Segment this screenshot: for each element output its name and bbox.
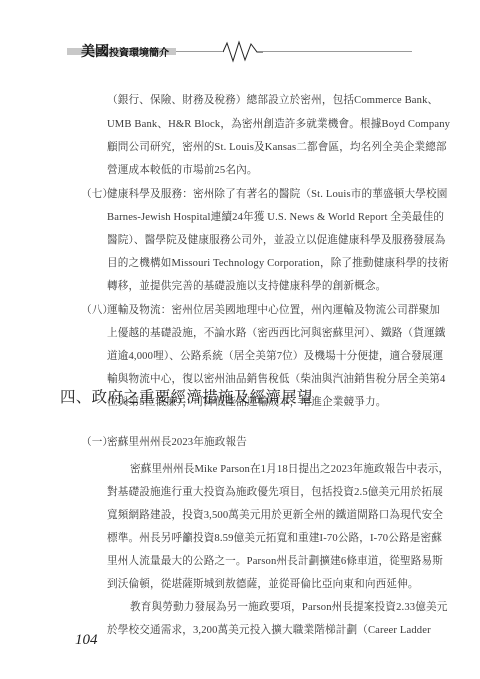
text-line: 於學校交通需求，3,200萬美元投入擴大職業階梯計劃（Career Ladder [107,624,431,638]
text-line: Barnes-Jewish Hospital連續24年獲 U.S. News &… [107,211,444,225]
page-number: 104 [75,632,98,649]
text-line: 到沃倫頓，從堪薩斯城到敖德薩，並從哥倫比亞向東和向西延伸。 [107,578,419,592]
text-line: 顧問公司研究，密州的St. Louis及Kansas二都會區，均名列全美企業總部 [107,141,447,155]
text-line: 對基礎設施進行重大投資為施政優先項目，包括投資2.5億美元用於拓展 [107,486,443,500]
header-title-main: 美國 [81,44,109,60]
text-line: 標準。州長另呼籲投資8.59億美元拓寬和重建I-70公路，I-70公路是密蘇 [107,532,442,546]
header-rule-left [176,51,224,52]
subsection-title: 密蘇里州州長2023年施政報告 [107,436,247,450]
zigzag-waveform-icon [223,40,263,64]
header-rule-right [263,51,412,52]
text-line: 上優越的基礎設施，不論水路（密西西比河與密蘇里河）、鐵路（貨運鐵 [107,327,446,341]
text-line: 里州人流量最大的公路之一。Parson州長計劃擴建6條車道，從聖路易斯 [107,555,443,569]
text-line: 目的之機構如Missouri Technology Corporation，除了… [107,257,449,271]
running-header: 美國投資環境簡介 [67,40,412,60]
text-line: 營運成本較低的市場前25名內。 [107,164,258,178]
text-line: 健康科學及服務：密州除了有著名的醫院（St. Louis市的華盛頓大學校園 [107,188,447,202]
text-line: 醫院）、醫學院及健康服務公司外，並設立以促進健康科學及服務發展為 [107,234,446,248]
text-line: （銀行、保險、財務及稅務）總部設立於密州，包括Commerce Bank、 [107,94,438,108]
section-heading: 四、政府之重要經濟措施及經濟展望 [60,385,313,407]
text-line: 道逾4,000哩）、公路系統（居全美第7位）及機場十分便捷，適合發展運 [107,350,443,364]
header-title-sub: 投資環境簡介 [109,48,169,59]
text-line: 運輸及物流：密州位居美國地理中心位置，州內運輸及物流公司群聚加 [107,304,440,318]
header-title: 美國投資環境簡介 [81,41,169,61]
text-line: 密蘇里州州長Mike Parson在1月18日提出之2023年施政報告中表示， [130,463,449,477]
text-line: 寬頻網路建設，投資3,500萬美元用於更新全州的鐵道閘路口為現代安全 [107,509,443,523]
text-line: 教育與勞動力發展為另一施政要項，Parson州長提案投資2.33億美元 [130,601,447,615]
text-line: 轉移，並提供完善的基礎設施以支持健康科學的創新概念。 [107,280,386,294]
text-line: UMB Bank、H&R Block，為密州創造許多就業機會。根據Boyd Co… [107,118,450,132]
